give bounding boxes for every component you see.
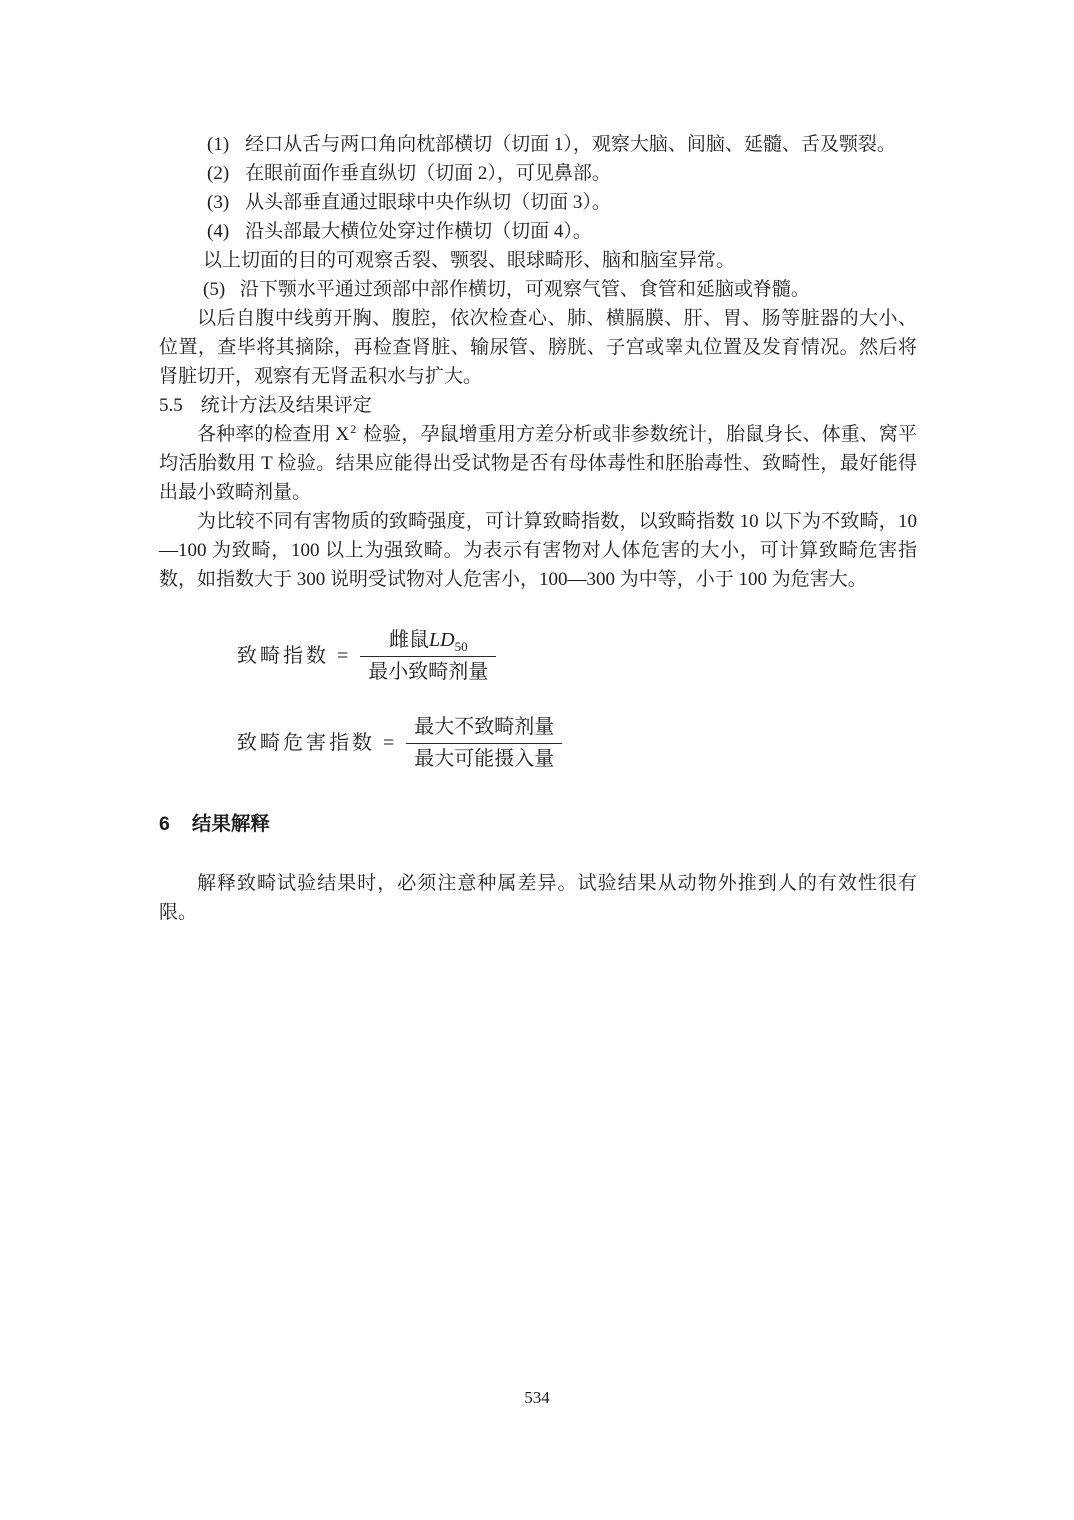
- paragraph-interpretation: 解释致畸试验结果时，必须注意种属差异。试验结果从动物外推到人的有效性很有限。: [159, 869, 917, 927]
- section-number: 5.5: [159, 391, 183, 420]
- fraction-numerator: 最大不致畸剂量: [406, 715, 562, 744]
- fraction-numerator: 雌鼠LD50: [360, 628, 496, 657]
- formula-label: 致畸指数: [237, 644, 329, 669]
- list-item-text: 经口从舌与两口角向枕部横切（切面 1），观察大脑、间脑、延髓、舌及颚裂。: [245, 130, 917, 159]
- paragraph-dissection: 以后自腹中线剪开胸、腹腔，依次检查心、肺、横膈膜、肝、胃、肠等脏器的大小、位置，…: [159, 304, 917, 391]
- equals-sign: =: [337, 644, 348, 669]
- fraction: 最大不致畸剂量 最大可能摄入量: [406, 715, 562, 772]
- list-item-marker: (3): [207, 188, 229, 217]
- list-item-marker: (5): [203, 279, 225, 300]
- cut-plane-list: (1) 经口从舌与两口角向枕部横切（切面 1），观察大脑、间脑、延髓、舌及颚裂。…: [159, 130, 917, 246]
- list-item: (1) 经口从舌与两口角向枕部横切（切面 1），观察大脑、间脑、延髓、舌及颚裂。: [159, 130, 917, 159]
- section-title: 结果解释: [192, 810, 270, 839]
- equals-sign: =: [383, 731, 394, 756]
- list-item-text: 沿下颚水平通过颈部中部作横切，可观察气管、食管和延脑或脊髓。: [240, 279, 810, 300]
- list-item-text: 从头部垂直通过眼球中央作纵切（切面 3）。: [245, 188, 917, 217]
- list-item-text: 在眼前面作垂直纵切（切面 2），可见鼻部。: [245, 159, 917, 188]
- paragraph-statistics: 各种率的检查用 X2 检验，孕鼠增重用方差分析或非参数统计，胎鼠身长、体重、窝平…: [159, 420, 917, 507]
- list-item: (4) 沿头部最大横位处穿过作横切（切面 4）。: [159, 217, 917, 246]
- page-number: 534: [524, 1388, 550, 1407]
- cut-plane-purpose-note: 以上切面的目的可观察舌裂、颚裂、眼球畸形、脑和脑室异常。: [159, 246, 917, 275]
- list-item: (3) 从头部垂直通过眼球中央作纵切（切面 3）。: [159, 188, 917, 217]
- section-heading-6: 6 结果解释: [159, 810, 917, 839]
- list-item: (2) 在眼前面作垂直纵切（切面 2），可见鼻部。: [159, 159, 917, 188]
- ld-variable: LD: [429, 629, 455, 651]
- list-item-text: 沿头部最大横位处穿过作横切（切面 4）。: [245, 217, 917, 246]
- paragraph-teratogenic-index: 为比较不同有害物质的致畸强度，可计算致畸指数，以致畸指数 10 以下为不致畸，1…: [159, 507, 917, 594]
- formula-teratogenic-hazard-index: 致畸危害指数 = 最大不致畸剂量 最大可能摄入量: [237, 715, 917, 772]
- formula-teratogenic-index: 致畸指数 = 雌鼠LD50 最小致畸剂量: [237, 628, 917, 685]
- section-title: 统计方法及结果评定: [201, 391, 372, 420]
- page-footer: 534: [0, 1383, 1074, 1412]
- fraction: 雌鼠LD50 最小致畸剂量: [360, 628, 496, 685]
- document-page: (1) 经口从舌与两口角向枕部横切（切面 1），观察大脑、间脑、延髓、舌及颚裂。…: [0, 0, 1074, 1520]
- section-heading-5-5: 5.5 统计方法及结果评定: [159, 391, 917, 420]
- list-item: (5) 沿下颚水平通过颈部中部作横切，可观察气管、食管和延脑或脊髓。: [159, 275, 917, 304]
- fraction-denominator: 最大可能摄入量: [406, 744, 562, 772]
- list-item-marker: (2): [207, 159, 229, 188]
- page-content: (1) 经口从舌与两口角向枕部横切（切面 1），观察大脑、间脑、延髓、舌及颚裂。…: [159, 130, 917, 927]
- section-number: 6: [159, 810, 170, 839]
- chi-square-superscript: 2: [350, 422, 356, 436]
- ld50-subscript: 50: [455, 639, 468, 654]
- list-item-marker: (1): [207, 130, 229, 159]
- fraction-denominator: 最小致畸剂量: [360, 657, 496, 685]
- numerator-cn: 雌鼠: [389, 629, 429, 651]
- statistics-text-pre: 各种率的检查用 X: [197, 424, 349, 445]
- formula-label: 致畸危害指数: [237, 731, 375, 756]
- list-item-marker: (4): [207, 217, 229, 246]
